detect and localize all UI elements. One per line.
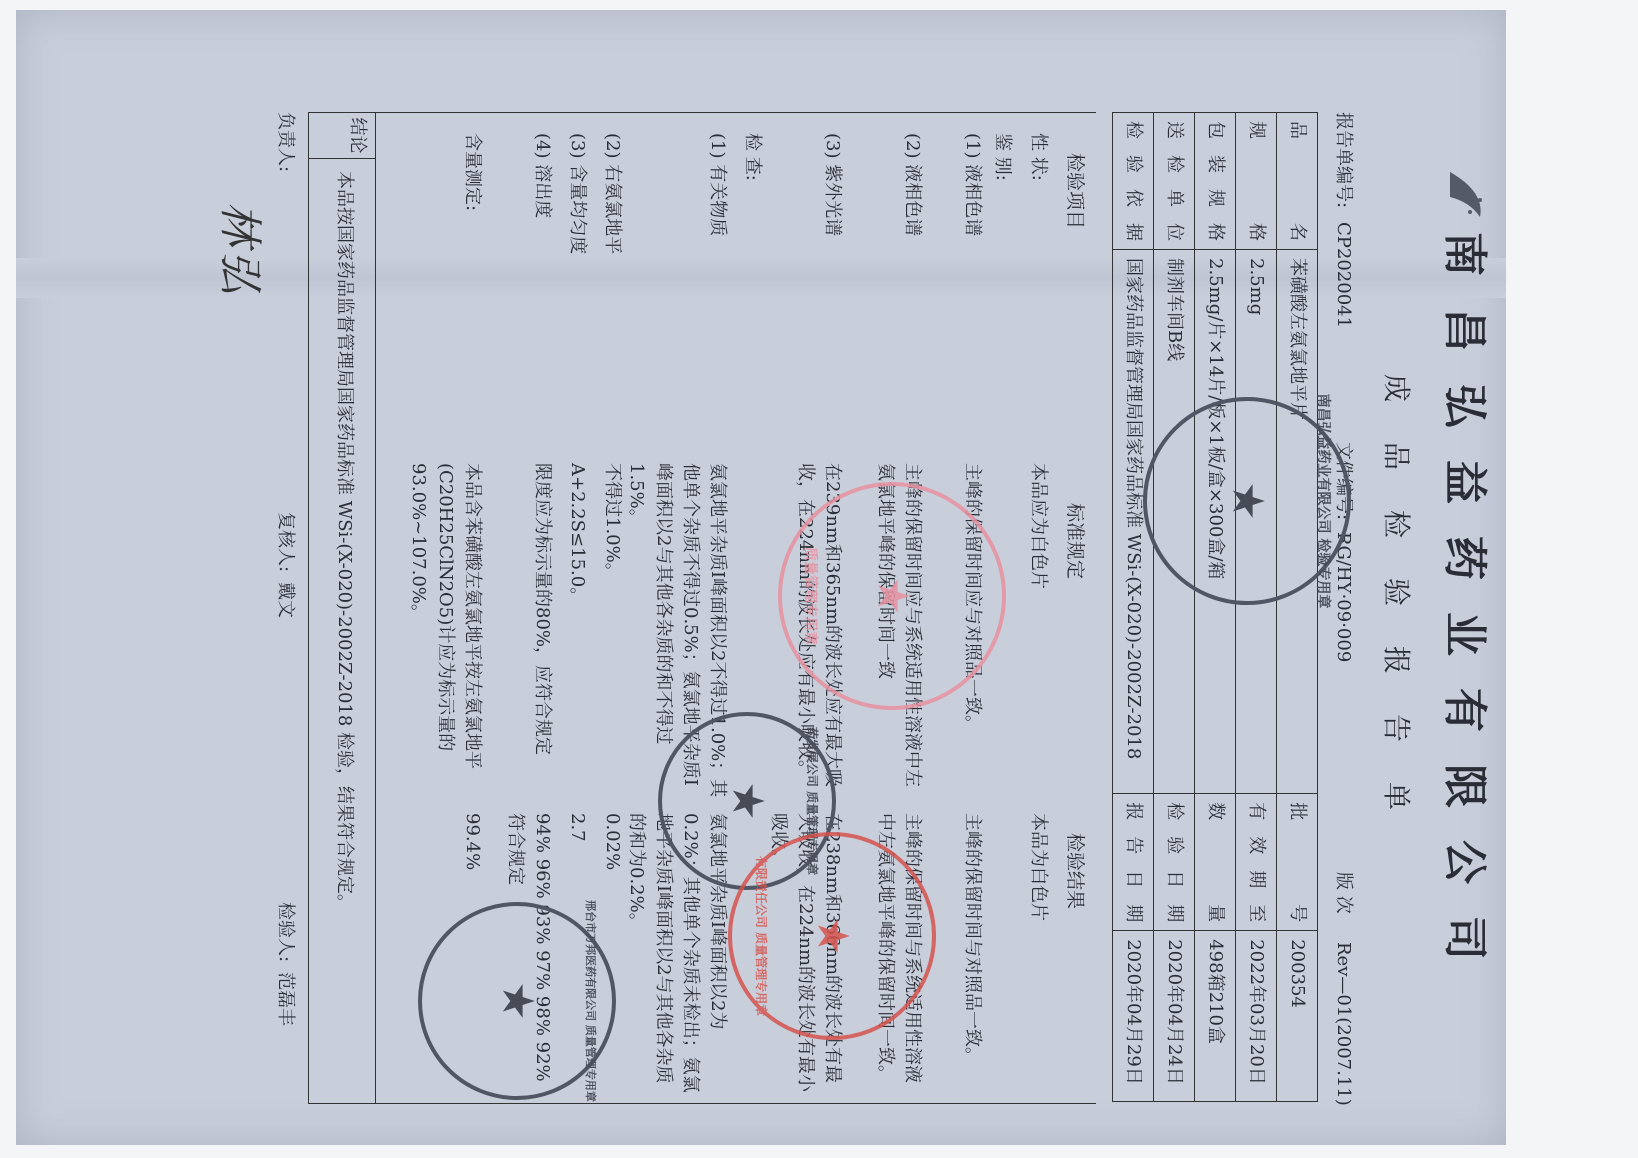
result-item: (2) 右氨氯地平 <box>599 133 626 453</box>
info-label: 品 名 <box>1277 113 1318 250</box>
inspector-name: 范磊丰 <box>272 972 298 1026</box>
result-standard: 本品含苯磺酸左氨氯地平按左氨氯地平(C20H25ClN2O5)计应为标示量的93… <box>405 463 486 803</box>
responsible-label: 负责人: <box>272 112 298 172</box>
product-info-table: 品 名苯磺酸左氨氯地平片批 号200354规 格2.5mg有效期至2022年03… <box>1112 112 1318 1102</box>
result-item: 含量测定: <box>459 133 486 453</box>
reviewer-label: 复核人: <box>272 512 298 572</box>
col-standard-header: 标准规定 <box>1060 503 1088 579</box>
qc-stamp-pink: ★ 质量管理专用章 <box>778 482 1006 710</box>
info-row: 送检单位制剂车间B线检验日期2020年04月24日 <box>1154 113 1195 1102</box>
info-row: 检验依据国家药品监督管理局国家药品标准 WSi-(X-020)-2002Z-20… <box>1113 113 1154 1102</box>
star-icon: ★ <box>495 981 539 1020</box>
info-label: 检验日期 <box>1154 794 1195 931</box>
info-label: 有效期至 <box>1236 794 1277 931</box>
responsible-signature: 林弘 <box>207 202 271 298</box>
info-label: 检验依据 <box>1113 113 1154 250</box>
info-row: 包装规格2.5mg/片×14片/板×1板/盒×300盒/箱数 量498箱210盒 <box>1195 113 1236 1102</box>
result-item: (1) 有关物质 <box>704 133 731 453</box>
result-item: 性 状: <box>1025 133 1052 453</box>
info-value: 2022年03月20日 <box>1236 931 1277 1102</box>
conclusion-text: 本品按国家药品监督管理局国家药品标准 WSi-(X-020)-2002Z-201… <box>331 171 357 912</box>
result-standard: 不得过1.0%。 <box>599 463 626 803</box>
info-row: 品 名苯磺酸左氨氯地平片批 号200354 <box>1277 113 1318 1102</box>
report-title: 成品检验报告单 <box>1375 242 1416 982</box>
info-value: 2020年04月29日 <box>1113 931 1154 1102</box>
result-standard: A+2.2S≤15.0。 <box>564 463 591 803</box>
conclusion-box: 结论 本品按国家药品监督管理局国家药品标准 WSi-(X-020)-2002Z-… <box>308 112 376 1104</box>
col-result-header: 检验结果 <box>1060 833 1088 909</box>
info-label: 批 号 <box>1277 794 1318 931</box>
version: Rev—01(2007.11) <box>1330 942 1356 1106</box>
info-label: 数 量 <box>1195 794 1236 931</box>
result-item: (1) 液相色谱 <box>959 133 986 453</box>
reviewer-name: 戴文 <box>272 582 298 618</box>
info-label: 报告日期 <box>1113 794 1154 931</box>
result-result: 主峰的保留时间与对照品一致。 <box>959 813 986 1093</box>
report-no: CP2020041 <box>1330 222 1356 328</box>
result-standard: 限度应为标示量的80%，应符合规定 <box>529 463 556 803</box>
col-item-header: 检验项目 <box>1060 153 1088 229</box>
star-icon: ★ <box>725 781 769 820</box>
inspector-label: 检验人: <box>272 902 298 962</box>
star-icon: ★ <box>1225 481 1269 520</box>
info-row: 规 格2.5mg有效期至2022年03月20日 <box>1236 113 1277 1102</box>
conclusion-label: 结论 <box>309 113 375 159</box>
result-result: 本品为白色片 <box>1025 813 1052 1093</box>
hongyi-logo-icon <box>1440 162 1490 222</box>
result-item: (3) 含量均匀度 <box>564 133 591 453</box>
wanbang-stamp: ★ 邢台市万邦医药有限公司 质量管理专用章 <box>418 902 616 1100</box>
star-icon: ★ <box>870 576 914 615</box>
info-value: 200354 <box>1277 931 1318 1102</box>
result-item: (2) 液相色谱 <box>899 133 926 453</box>
info-value: 498箱210盒 <box>1195 931 1236 1102</box>
result-item: 检 查: <box>739 133 766 453</box>
info-label: 送检单位 <box>1154 113 1195 250</box>
inspection-report: 南昌弘益药业有限公司 成品检验报告单 报告单编号: CP2020041 文件编号… <box>176 112 1496 1102</box>
info-value: 2020年04月24日 <box>1154 931 1195 1102</box>
scanned-page: 南昌弘益药业有限公司 成品检验报告单 报告单编号: CP2020041 文件编号… <box>16 10 1506 1145</box>
star-icon: ★ <box>810 916 854 955</box>
info-label: 规 格 <box>1236 113 1277 250</box>
version-label: 版 次 <box>1330 872 1356 914</box>
result-item: 鉴 别: <box>989 133 1016 453</box>
info-label: 包装规格 <box>1195 113 1236 250</box>
result-item: (3) 紫外光谱 <box>819 133 846 453</box>
company-name: 南昌弘益药业有限公司 <box>1432 232 1496 992</box>
qc-stamp-red: ★ 有限责任公司 质量管理专用章 <box>728 832 936 1040</box>
report-no-label: 报告单编号: <box>1330 112 1356 208</box>
result-standard: 本品应为白色片 <box>1025 463 1052 803</box>
result-item: (4) 溶出度 <box>529 133 556 453</box>
inspection-stamp: ★ 南昌弘益药业有限公司 检验专用章 <box>1143 397 1351 605</box>
